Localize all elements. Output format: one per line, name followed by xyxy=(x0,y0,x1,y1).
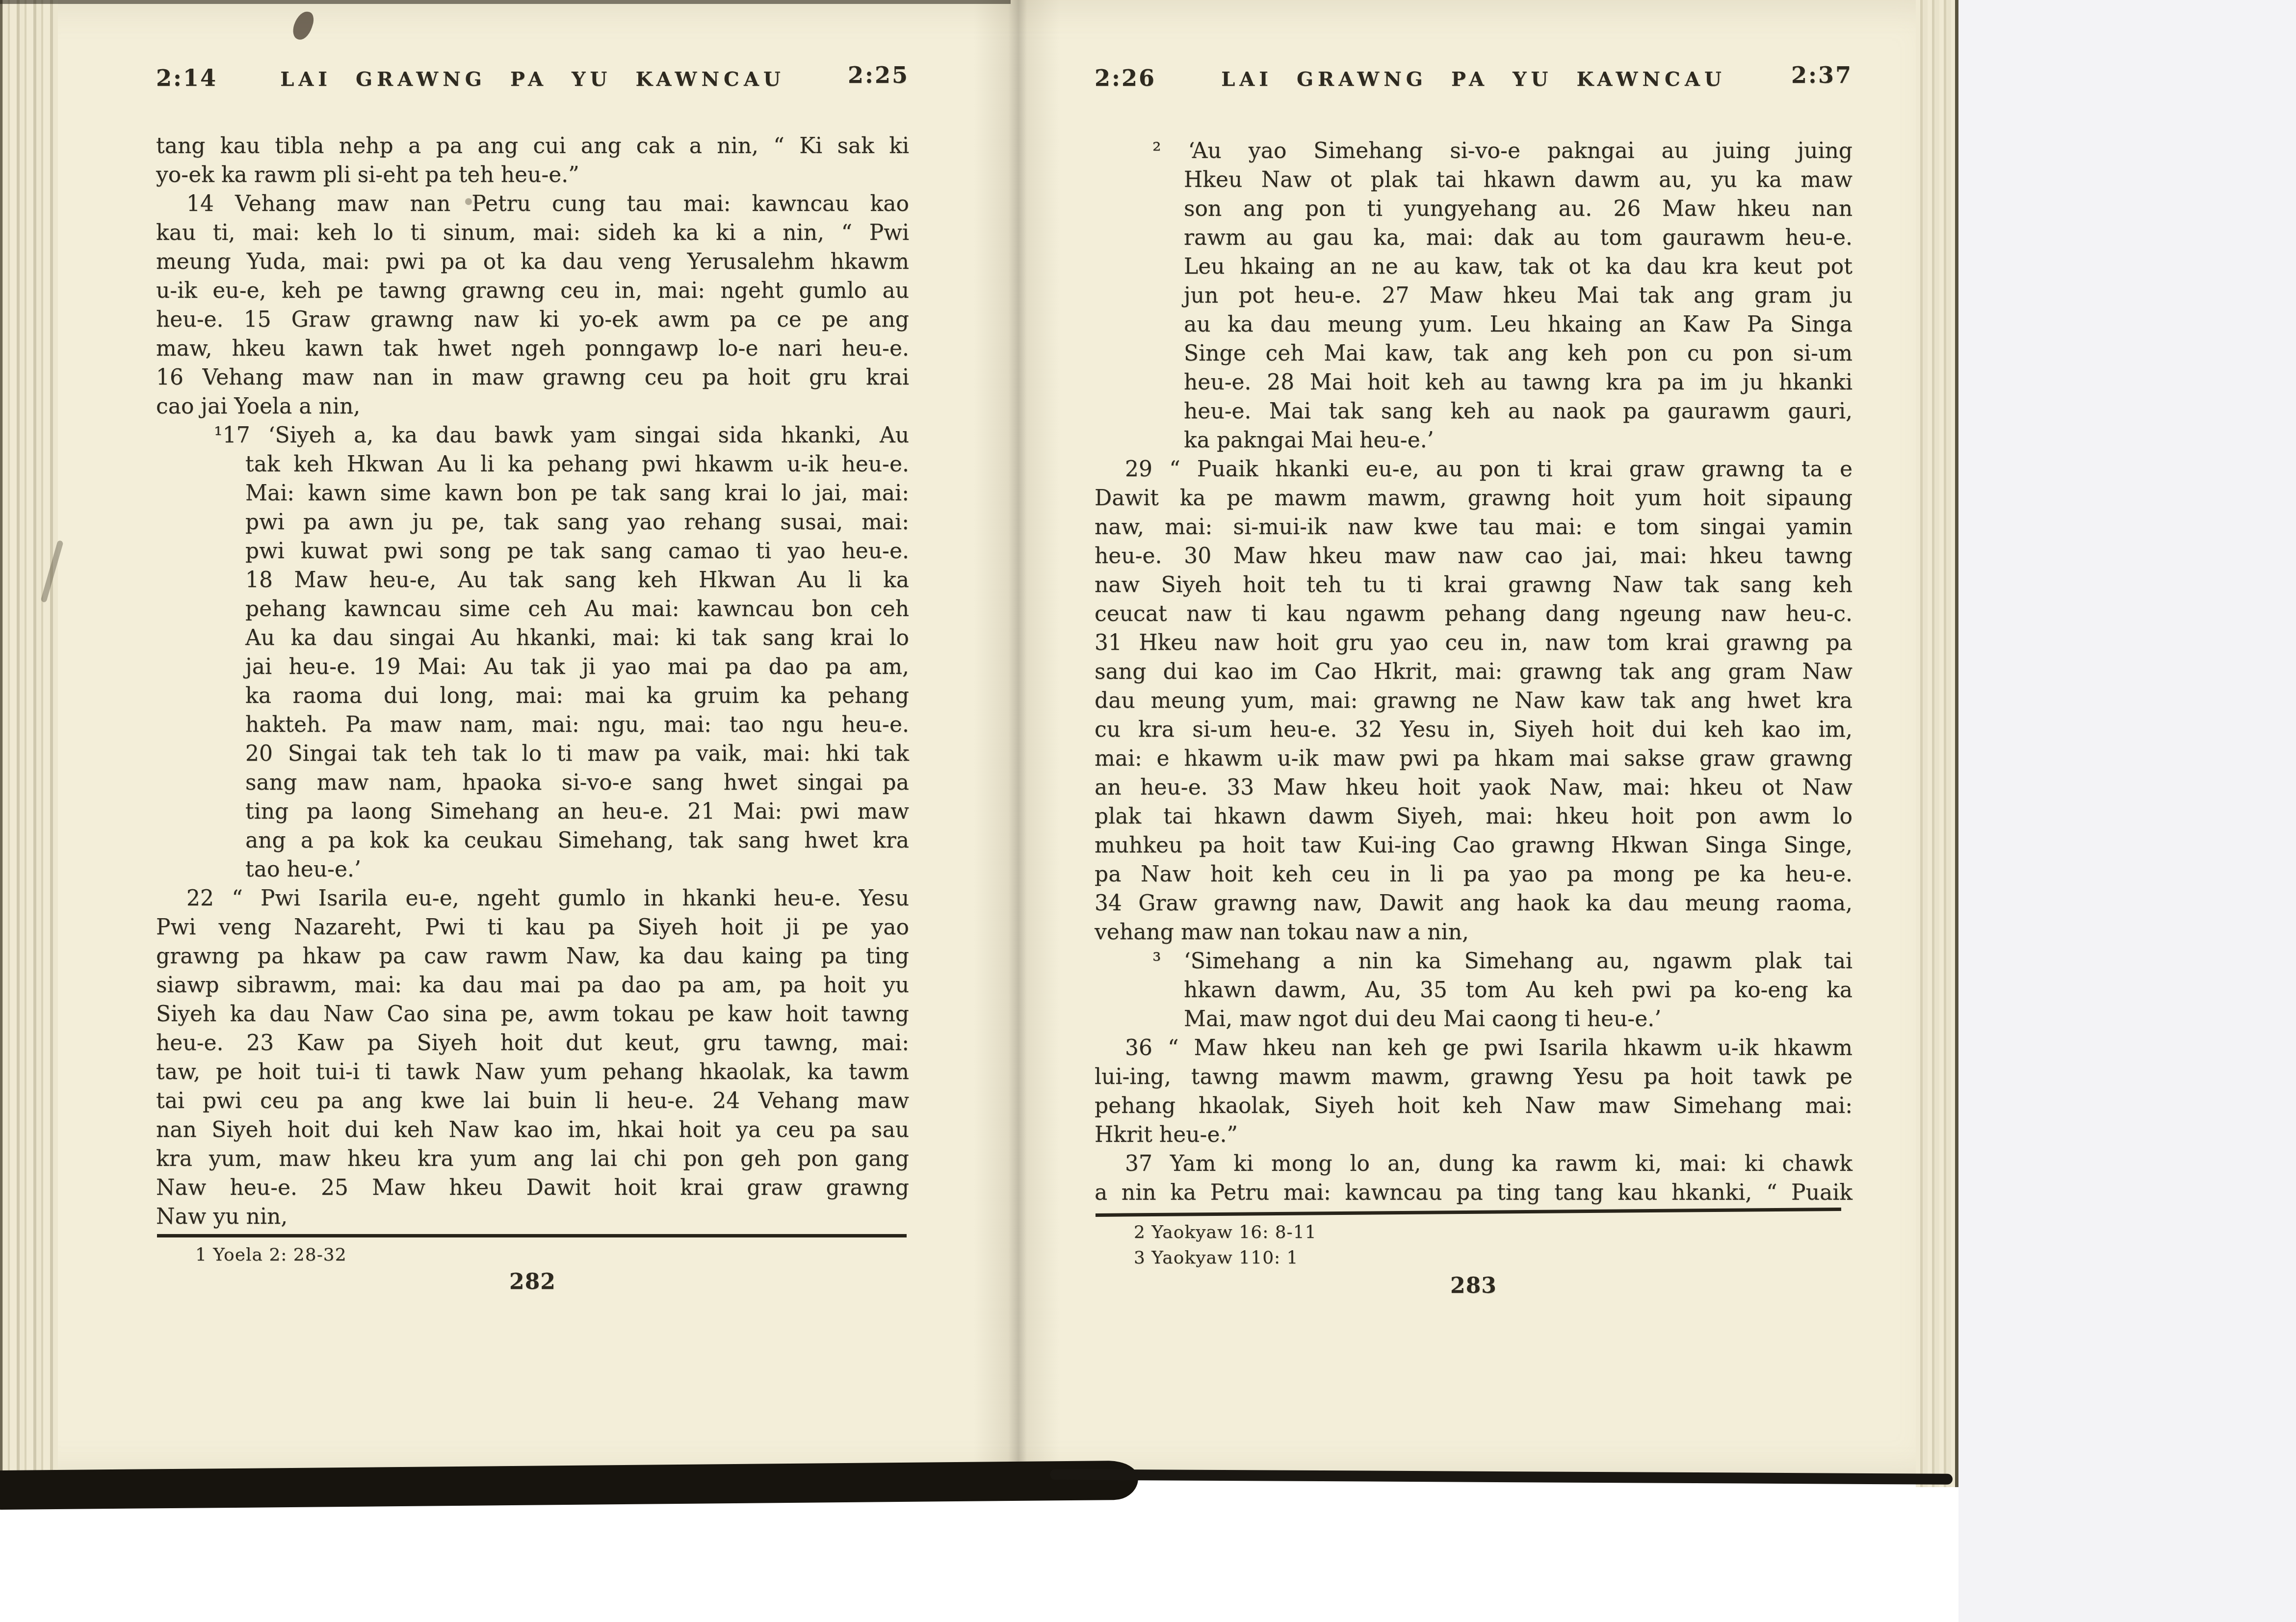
text-line: 34 Graw grawng naw, Dawit ang haok ka da… xyxy=(1095,889,1852,918)
text-line: tak keh Hkwan Au li ka pehang pwi hkawm … xyxy=(156,450,909,479)
text-line: Mai, maw ngot dui deu Mai caong ti heu-e… xyxy=(1095,1004,1852,1033)
running-title: LAI GRAWNG PA YU KAWNCAU xyxy=(156,68,909,91)
page-number: 282 xyxy=(156,1269,909,1294)
scanner-background-right xyxy=(1958,0,2296,1622)
page-body-text: ² ‘Au yao Simehang si-vo-e pakngai au ju… xyxy=(1095,136,1852,1207)
text-line: hkawn dawm, Au, 35 tom Au keh pwi pa ko-… xyxy=(1095,976,1852,1004)
text-line: pwi kuwat pwi song pe tak sang camao ti … xyxy=(156,537,909,566)
text-line: 37 Yam ki mong lo an, dung ka rawm ki, m… xyxy=(1095,1149,1852,1178)
text-line: ² ‘Au yao Simehang si-vo-e pakngai au ju… xyxy=(1095,136,1852,165)
text-line: ka pakngai Mai heu-e.’ xyxy=(1095,426,1852,455)
text-line: naw, mai: si-mui-ik naw kwe tau mai: e t… xyxy=(1095,513,1852,541)
page-number: 283 xyxy=(1095,1273,1852,1298)
page-edges-left xyxy=(0,0,58,1480)
text-line: Hkrit heu-e.” xyxy=(1095,1120,1852,1149)
text-line: kra yum, maw hkeu kra yum ang lai chi po… xyxy=(156,1144,909,1173)
text-line: jun pot heu-e. 27 Maw hkeu Mai tak ang g… xyxy=(1095,281,1852,310)
text-line: 29 “ Puaik hkanki eu-e, au pon ti krai g… xyxy=(1095,455,1852,484)
text-line: ceucat naw ti kau ngawm pehang dang ngeu… xyxy=(1095,599,1852,628)
text-line: heu-e. 15 Graw grawng naw ki yo-ek awm p… xyxy=(156,305,909,334)
text-line: rawm au gau ka, mai: dak au tom gaurawm … xyxy=(1095,223,1852,252)
text-line: Dawit ka pe mawm mawm, grawng hoit yum h… xyxy=(1095,484,1852,513)
text-line: cu kra si-um heu-e. 32 Yesu in, Siyeh ho… xyxy=(1095,715,1852,744)
page-left: 2:14 LAI GRAWNG PA YU KAWNCAU 2:25 tang … xyxy=(156,0,909,1480)
text-line: Siyeh ka dau Naw Cao sina pe, awm tokau … xyxy=(156,1000,909,1029)
text-line: dau meung yum, mai: grawng ne Naw kaw ta… xyxy=(1095,686,1852,715)
text-line: maw, hkeu kawn tak hwet ngeh ponngawp lo… xyxy=(156,334,909,363)
text-line: nan Siyeh hoit dui keh Naw kao im, hkai … xyxy=(156,1115,909,1144)
text-line: ³ ‘Simehang a nin ka Simehang au, ngawm … xyxy=(1095,947,1852,976)
text-line: 20 Singai tak teh tak lo ti maw pa vaik,… xyxy=(156,739,909,768)
text-line: Leu hkaing an ne au kaw, tak ot ka dau k… xyxy=(1095,252,1852,281)
verse-ref-right: 2:25 xyxy=(848,62,909,88)
footnote-rule xyxy=(157,1234,907,1237)
text-line: plak tai hkawn dawm Siyeh, mai: hkeu hoi… xyxy=(1095,802,1852,831)
text-line: Naw yu nin, xyxy=(156,1202,909,1231)
text-line: ang a pa kok ka ceukau Simehang, tak san… xyxy=(156,826,909,855)
text-line: ka raoma dui long, mai: mai ka gruim ka … xyxy=(156,681,909,710)
text-line: 18 Maw heu-e, Au tak sang keh Hkwan Au l… xyxy=(156,566,909,594)
text-line: grawng pa hkaw pa caw rawm Naw, ka dau k… xyxy=(156,942,909,971)
text-line: 36 “ Maw hkeu nan keh ge pwi Isarila hka… xyxy=(1095,1033,1852,1062)
text-line: sang dui kao im Cao Hkrit, mai: grawng t… xyxy=(1095,657,1852,686)
text-line: tang kau tibla nehp a pa ang cui ang cak… xyxy=(156,131,909,160)
text-line: mai: e hkawm u-ik maw pwi pa hkam mai sa… xyxy=(1095,744,1852,773)
text-line: 16 Vehang maw nan in maw grawng ceu pa h… xyxy=(156,363,909,392)
text-line: lui-ing, tawng mawm mawm, grawng Yesu pa… xyxy=(1095,1062,1852,1091)
text-line: vehang maw nan tokau naw a nin, xyxy=(1095,918,1852,947)
text-line: Mai: kawn sime kawn bon pe tak sang krai… xyxy=(156,479,909,508)
text-line: naw Siyeh hoit teh tu ti krai grawng Naw… xyxy=(1095,570,1852,599)
text-line: 14 Vehang maw nan Petru cung tau mai: ka… xyxy=(156,189,909,218)
footnote: 1 Yoela 2: 28-32 xyxy=(195,1245,347,1265)
text-line: tai pwi ceu pa ang kwe lai buin li heu-e… xyxy=(156,1086,909,1115)
book-gutter xyxy=(974,0,1060,1480)
text-line: a nin ka Petru mai: kawncau pa ting tang… xyxy=(1095,1178,1852,1207)
page-edges-right xyxy=(1916,0,1958,1487)
text-line: meung Yuda, mai: pwi pa ot ka dau veng Y… xyxy=(156,247,909,276)
text-line: tao heu-e.’ xyxy=(156,855,909,884)
text-line: heu-e. Mai tak sang keh au naok pa gaura… xyxy=(1095,397,1852,426)
running-header: 2:14 LAI GRAWNG PA YU KAWNCAU 2:25 xyxy=(156,65,909,95)
text-line: pa Naw hoit keh ceu in li pa yao pa mong… xyxy=(1095,860,1852,889)
text-line: son ang pon ti yungyehang au. 26 Maw hke… xyxy=(1095,194,1852,223)
text-line: ting pa laong Simehang an heu-e. 21 Mai:… xyxy=(156,797,909,826)
text-line: au ka dau meung yum. Leu hkaing an Kaw P… xyxy=(1095,310,1852,339)
text-line: pwi pa awn ju pe, tak sang yao rehang su… xyxy=(156,508,909,537)
text-line: 31 Hkeu naw hoit gru yao ceu in, naw tom… xyxy=(1095,628,1852,657)
verse-ref-right: 2:37 xyxy=(1791,62,1852,88)
scanned-book-screenshot: { "palette": { "paper": "#f3eed9", "ink"… xyxy=(0,0,2296,1622)
running-header: 2:26 LAI GRAWNG PA YU KAWNCAU 2:37 xyxy=(1095,65,1852,95)
text-line: kau ti, mai: keh lo ti sinum, mai: sideh… xyxy=(156,218,909,247)
text-line: pehang hkaolak, Siyeh hoit keh Naw maw S… xyxy=(1095,1091,1852,1120)
text-line: hakteh. Pa maw nam, mai: ngu, mai: tao n… xyxy=(156,710,909,739)
page-right: 2:26 LAI GRAWNG PA YU KAWNCAU 2:37 ² ‘Au… xyxy=(1095,0,1852,1480)
footnote-rule xyxy=(1096,1208,1841,1217)
text-line: pehang kawncau sime ceh Au mai: kawncau … xyxy=(156,594,909,623)
text-line: muhkeu pa hoit taw Kui-ing Cao grawng Hk… xyxy=(1095,831,1852,860)
text-line: yo-ek ka rawm pli si-eht pa teh heu-e.” xyxy=(156,160,909,189)
footnote: 2 Yaokyaw 16: 8-11 xyxy=(1134,1222,1317,1242)
footnote: 3 Yaokyaw 110: 1 xyxy=(1134,1248,1299,1268)
text-line: heu-e. 23 Kaw pa Siyeh hoit dut keut, gr… xyxy=(156,1029,909,1057)
text-line: Pwi veng Nazareht, Pwi ti kau pa Siyeh h… xyxy=(156,913,909,942)
text-line: sang maw nam, hpaoka si-vo-e sang hwet s… xyxy=(156,768,909,797)
running-title: LAI GRAWNG PA YU KAWNCAU xyxy=(1095,68,1852,91)
text-line: Au ka dau singai Au hkanki, mai: ki tak … xyxy=(156,623,909,652)
text-line: cao jai Yoela a nin, xyxy=(156,392,909,421)
text-line: heu-e. 30 Maw hkeu maw naw cao jai, mai:… xyxy=(1095,541,1852,570)
text-line: ¹17 ‘Siyeh a, ka dau bawk yam singai sid… xyxy=(156,421,909,450)
text-line: Singe ceh Mai kaw, tak ang keh pon cu po… xyxy=(1095,339,1852,368)
text-line: 22 “ Pwi Isarila eu-e, ngeht gumlo in hk… xyxy=(156,884,909,913)
text-line: Naw heu-e. 25 Maw hkeu Dawit hoit krai g… xyxy=(156,1173,909,1202)
text-line: taw, pe hoit tui-i ti tawk Naw yum pehan… xyxy=(156,1057,909,1086)
text-line: Hkeu Naw ot plak tai hkawn dawm au, yu k… xyxy=(1095,165,1852,194)
page-body-text: tang kau tibla nehp a pa ang cui ang cak… xyxy=(156,131,909,1231)
text-line: an heu-e. 33 Maw hkeu hoit yaok Naw, mai… xyxy=(1095,773,1852,802)
text-line: jai heu-e. 19 Mai: Au tak ji yao mai pa … xyxy=(156,652,909,681)
book-spread: 2:14 LAI GRAWNG PA YU KAWNCAU 2:25 tang … xyxy=(0,0,1958,1480)
text-line: u-ik eu-e, keh pe tawng grawng ceu in, m… xyxy=(156,276,909,305)
text-line: siawp sibrawm, mai: ka dau mai pa dao pa… xyxy=(156,971,909,1000)
text-line: heu-e. 28 Mai hoit keh au tawng kra pa i… xyxy=(1095,368,1852,397)
